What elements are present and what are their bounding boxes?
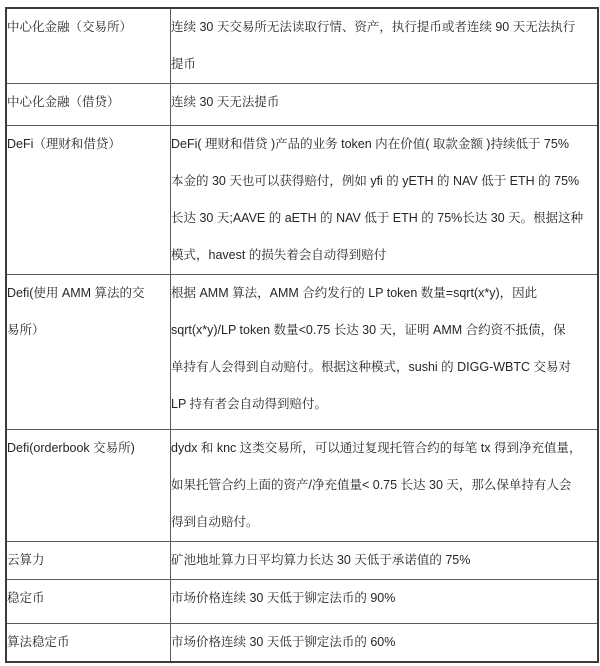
table-row: Defi(使用 AMM 算法的交 易所） 根据 AMM 算法，AMM 合约发行的… (6, 275, 598, 430)
table-row: 中心化金融（借贷） 连续 30 天无法提币 (6, 84, 598, 126)
table-row: DeFi（理财和借贷） DeFi( 理财和借贷 )产品的业务 token 内在价… (6, 126, 598, 275)
category-cell: DeFi（理财和借贷） (6, 126, 171, 275)
table-row: 稳定币 市场价格连续 30 天低于铆定法币的 90% (6, 580, 598, 624)
category-cell: 稳定币 (6, 580, 171, 624)
table-row: Defi(orderbook 交易所) dydx 和 knc 这类交易所，可以通… (6, 430, 598, 542)
table-row: 算法稳定币 市场价格连续 30 天低于铆定法币的 60% (6, 624, 598, 663)
table-row: 中心化金融（交易所） 连续 30 天交易所无法读取行情、资产，执行提币或者连续 … (6, 8, 598, 84)
criteria-cell: 市场价格连续 30 天低于铆定法币的 60% (171, 624, 599, 663)
category-cell: 算法稳定币 (6, 624, 171, 663)
category-cell: Defi(使用 AMM 算法的交 易所） (6, 275, 171, 430)
category-cell: 中心化金融（借贷） (6, 84, 171, 126)
payout-criteria-table: 中心化金融（交易所） 连续 30 天交易所无法读取行情、资产，执行提币或者连续 … (5, 7, 599, 663)
criteria-cell: 连续 30 天交易所无法读取行情、资产，执行提币或者连续 90 天无法执行 提币 (171, 8, 599, 84)
criteria-cell: 连续 30 天无法提币 (171, 84, 599, 126)
category-cell: 云算力 (6, 542, 171, 580)
criteria-cell: DeFi( 理财和借贷 )产品的业务 token 内在价值( 取款金额 )持续低… (171, 126, 599, 275)
category-cell: 中心化金融（交易所） (6, 8, 171, 84)
criteria-cell: 矿池地址算力日平均算力长达 30 天低于承诺值的 75% (171, 542, 599, 580)
page: { "colors": { "background": "#ffffff", "… (0, 7, 600, 666)
criteria-cell: 市场价格连续 30 天低于铆定法币的 90% (171, 580, 599, 624)
table-row: 云算力 矿池地址算力日平均算力长达 30 天低于承诺值的 75% (6, 542, 598, 580)
criteria-cell: dydx 和 knc 这类交易所，可以通过复现托管合约的每笔 tx 得到净充值量… (171, 430, 599, 542)
criteria-cell: 根据 AMM 算法，AMM 合约发行的 LP token 数量=sqrt(x*y… (171, 275, 599, 430)
category-cell: Defi(orderbook 交易所) (6, 430, 171, 542)
